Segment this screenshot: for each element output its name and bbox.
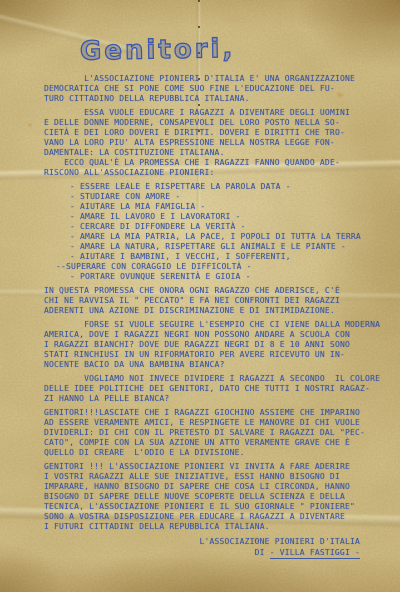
paragraph-genitori-appeal: GENITORI!!!LASCIATE CHE I RAGAZZI GIOCHI… xyxy=(44,408,384,458)
signature-place: - VILLA FASTIGGI - xyxy=(270,548,360,559)
paragraph-education: ESSA VUOLE EDUCARE I RAGAZZI A DIVENTARE… xyxy=(44,108,384,178)
letter-page: Genitori, L'ASSOCIAZIONE PIONIERI D'ITAL… xyxy=(0,0,400,592)
promise-item: - AMARE LA MIA PATRIA, LA PACE, I POPOLI… xyxy=(70,232,384,242)
promise-item: - AMARE IL LAVORO E I LAVORATORI - xyxy=(70,212,384,222)
promise-item: - PORTARE OVUNQUE SERENITÀ E GIOIA - xyxy=(70,272,384,282)
promise-list: - ESSERE LEALE E RISPETTARE LA PAROLA DA… xyxy=(70,182,384,282)
signature-place-prefix: DI xyxy=(255,548,270,557)
letter-body: Genitori, L'ASSOCIAZIONE PIONIERI D'ITAL… xyxy=(44,34,384,558)
paragraph-intro: L'ASSOCIAZIONE PIONIERI D'ITALIA E' UNA … xyxy=(44,74,384,104)
promise-item: --SUPERARE CON CORAGGIO LE DIFFICOLTÀ - xyxy=(56,262,384,272)
signature-block: L'ASSOCIAZIONE PIONIERI D'ITALIA DI - VI… xyxy=(44,536,384,558)
paragraph-america: FORSE SI VUOLE SEGUIRE L'ESEMPIO CHE CI … xyxy=(44,320,384,370)
promise-item: - AMARE LA NATURA, RISPETTARE GLI ANIMAL… xyxy=(70,242,384,252)
paragraph-divide: VOGLIAMO NOI INVECE DIVIDERE I RAGAZZI A… xyxy=(44,374,384,404)
signature-place-line: DI - VILLA FASTIGGI - xyxy=(44,547,360,558)
promise-item: - AIUTARE I BAMBINI, I VECCHI, I SOFFERE… xyxy=(70,252,384,262)
promise-item: - CERCARE DI DIFFONDERE LA VERITÀ - xyxy=(70,222,384,232)
promise-item: - STUDIARE CON AMORE - xyxy=(70,192,384,202)
salutation-heading: Genitori, xyxy=(80,31,384,66)
signature-organization: L'ASSOCIAZIONE PIONIERI D'ITALIA xyxy=(44,536,360,547)
promise-item: - AIUTARE LA MIA FAMIGLIA - xyxy=(70,202,384,212)
paragraph-peccato: IN QUESTA PROMESSA CHE ONORA OGNI RAGAZZ… xyxy=(44,286,384,316)
paragraph-invitation: GENITORI !!! L'ASSOCIAZIONE PIONIERI VI … xyxy=(44,462,384,532)
promise-item: - ESSERE LEALE E RISPETTARE LA PAROLA DA… xyxy=(70,182,384,192)
